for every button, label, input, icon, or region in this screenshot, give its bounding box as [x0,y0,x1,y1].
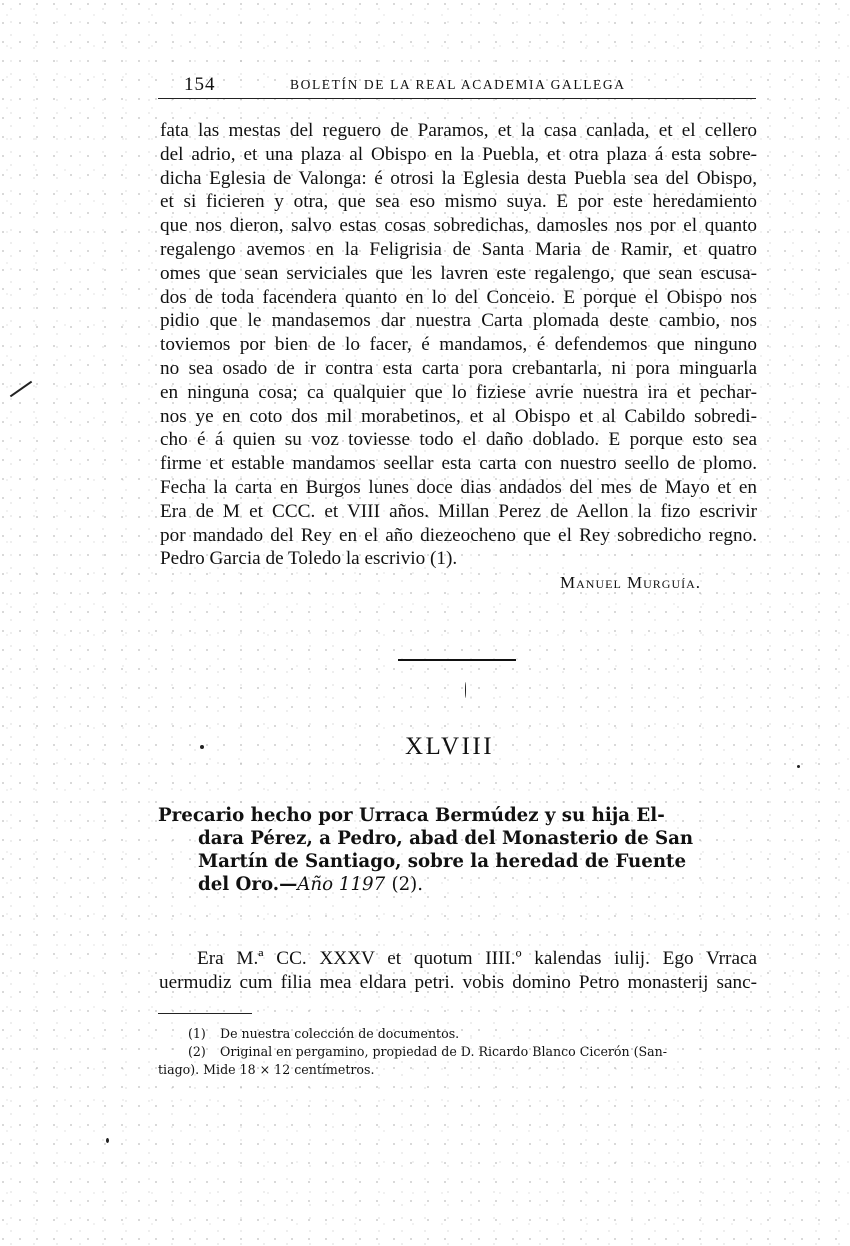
journal-title: BOLETÍN DE LA REAL ACADEMIA GALLEGA [290,77,626,93]
section-divider [398,659,516,661]
ink-speck [200,745,204,749]
text-line: Era de M et CCC. et VIII años. Millan Pe… [160,500,757,524]
text-line: Era M.ª CC. XXXV et quotum IIII.º kalend… [159,947,757,971]
text-line: en ninguna cosa; ca qualquier que lo fiz… [160,381,757,405]
text-line: toviemos por bien de lo facer, é mandamo… [160,333,757,357]
footnote-1: (1)De nuestra colección de documentos. [158,1025,758,1043]
footnote-text: Original en pergamino, propiedad de D. R… [220,1044,667,1059]
footnote-number: (1) [188,1025,220,1043]
heading-line: Precario hecho por Urraca Bermúdez y su … [158,804,758,827]
text-line: et si ficieren y otra, que sea eso mismo… [160,190,757,214]
text-line: que nos dieron, salvo estas cosas sobred… [160,214,757,238]
text-line: uermudiz cum filia mea eldara petri. vob… [159,971,757,995]
document-date: Año 1197 [297,874,385,895]
text-line: no sea osado de ir contra esta carta por… [160,357,757,381]
text-line: dicha Eglesia de Valonga: é otrosi la Eg… [160,167,757,191]
footnote-number: (2) [188,1043,220,1061]
text-line: nos ye en coto dos mil morabetinos, et a… [160,405,757,429]
footnote-text: De nuestra colección de documentos. [220,1026,459,1041]
document-heading: Precario hecho por Urraca Bermúdez y su … [158,804,758,896]
margin-pen-mark [10,381,32,398]
author-signature: Manuel Murguía. [560,573,701,593]
text-line: dos de toda facendera quanto en lo del C… [160,286,757,310]
heading-text: del Oro.— [198,874,297,895]
running-header: 154 BOLETÍN DE LA REAL ACADEMIA GALLEGA [158,70,756,99]
latin-charter-text: Era M.ª CC. XXXV et quotum IIII.º kalend… [159,947,757,995]
text-line: firme et estable mandamos seellar esta c… [160,452,757,476]
text-line: por mandado del Rey en el año diezeochen… [160,524,757,548]
text-line: regalengo avemos en la Feligrisia de San… [160,238,757,262]
ink-speck [465,682,466,698]
text-line: cho é á quien su voz toviesse todo el da… [160,428,757,452]
text-line: pidio que le mandasemos dar nuestra Cart… [160,309,757,333]
signature-text: Manuel Murguía. [560,573,701,592]
footnote-divider [158,1013,252,1014]
text-line: omes que sean serviciales que les lavren… [160,262,757,286]
text-line: Fecha la carta en Burgos lunes doce dias… [160,476,757,500]
footnotes: (1)De nuestra colección de documentos. (… [158,1025,758,1079]
book-page: 154 BOLETÍN DE LA REAL ACADEMIA GALLEGA … [0,0,850,1246]
text-line: fata las mestas del reguero de Paramos, … [160,119,757,143]
footnote-2: (2)Original en pergamino, propiedad de D… [158,1043,758,1061]
page-number: 154 [184,74,216,96]
charter-text: fata las mestas del reguero de Paramos, … [160,119,757,571]
text-line: del adrio, et una plaza al Obispo en la … [160,143,757,167]
text-line: Pedro Garcia de Toledo la escrivio (1). [160,547,757,571]
section-number: XLVIII [405,733,494,761]
footnote-ref: (2). [392,874,424,895]
heading-line: Martín de Santiago, sobre la heredad de … [158,850,758,873]
ink-speck [797,765,800,768]
heading-line: dara Pérez, a Pedro, abad del Monasterio… [158,827,758,850]
ink-speck [106,1138,109,1143]
footnote-2-continuation: tiago). Mide 18 × 12 centímetros. [158,1061,758,1079]
heading-line-last: del Oro.—Año 1197 (2). [158,873,758,896]
